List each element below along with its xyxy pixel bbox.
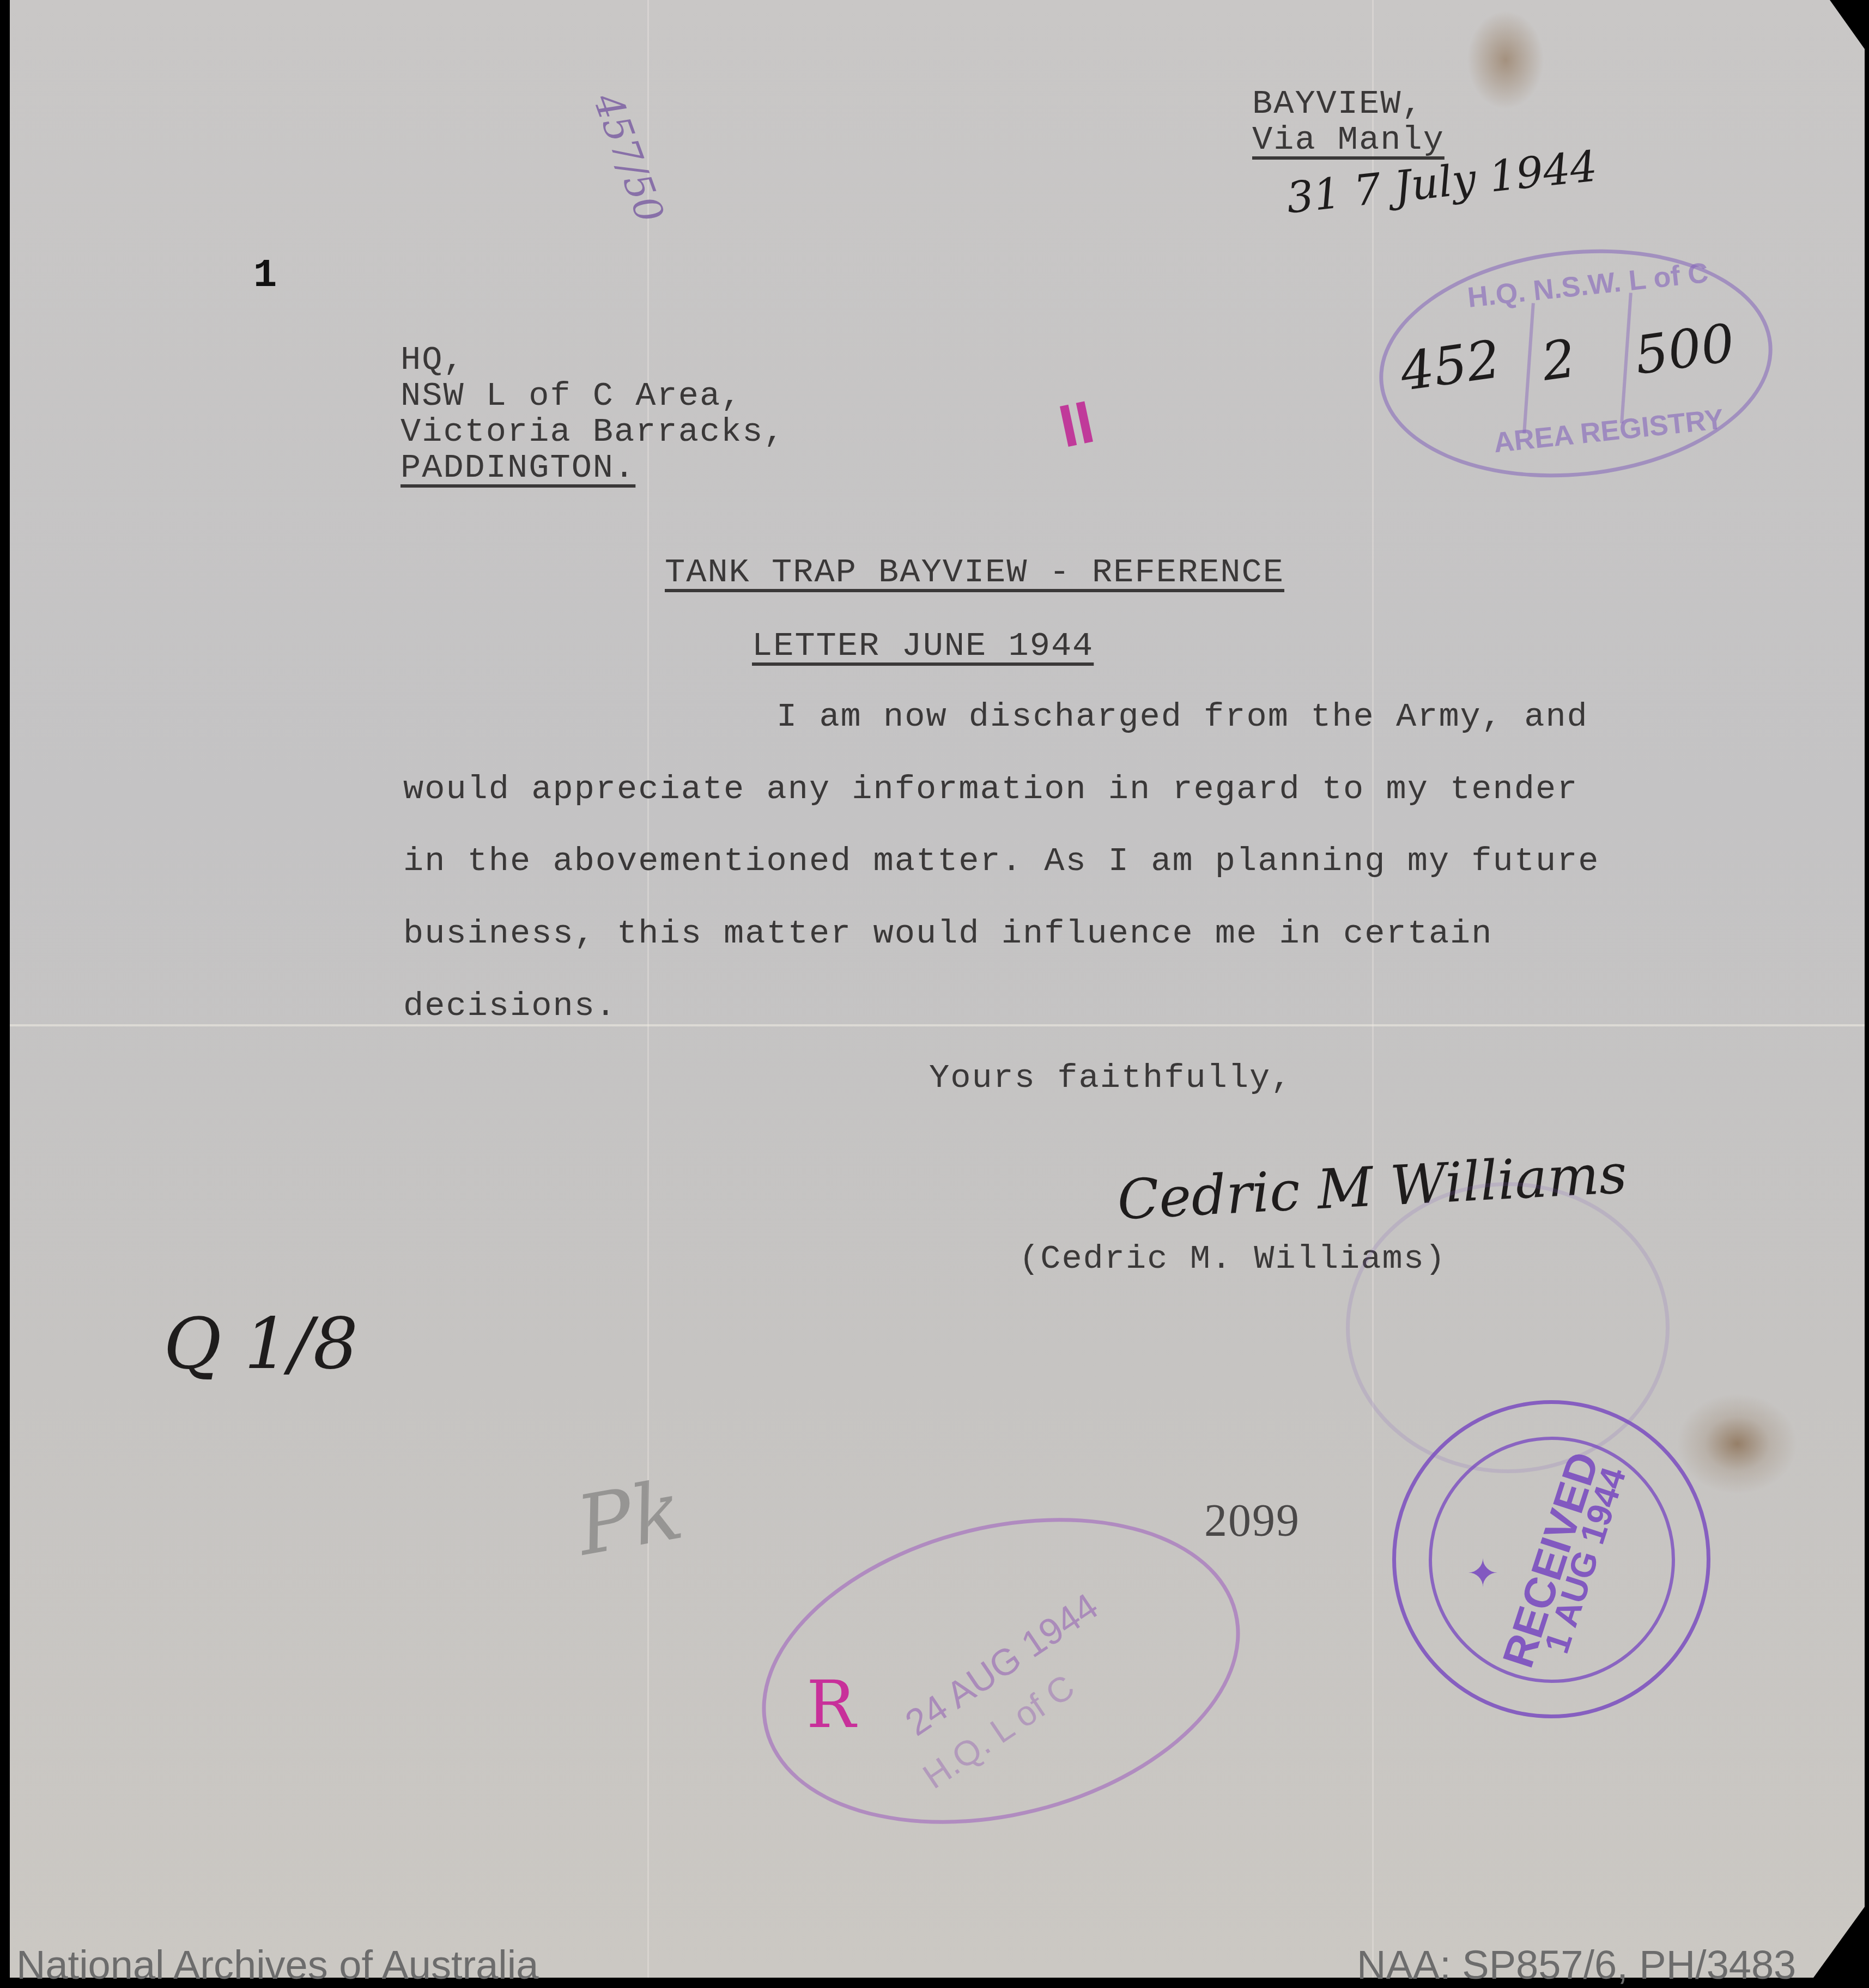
paper-fold (10, 1024, 1865, 1026)
paper-fold (1372, 0, 1374, 1978)
closing-salutation: Yours faithfully, (929, 1061, 1292, 1095)
received-stamp: RECEIVED 1 AUG 1944 ✦ (1392, 1400, 1710, 1718)
recipient-line4: PADDINGTON. (400, 451, 635, 485)
body-line-4: business, this matter would influence me… (403, 917, 1493, 951)
sender-address-line2: Via Manly (1252, 123, 1445, 157)
archive-reference: NAA: SP857/6, PH/3483 (1357, 1945, 1796, 1985)
subject-line1: TANK TRAP BAYVIEW - REFERENCE (665, 556, 1284, 589)
body-line-1: I am now discharged from the Army, and (776, 700, 1588, 734)
body-line-2: would appreciate any information in rega… (403, 773, 1578, 806)
recipient-line3: Victoria Barracks, (400, 415, 785, 449)
folio-mark: Q 1/8 (163, 1302, 358, 1385)
pencil-initials: Pk (570, 1463, 689, 1574)
recipient-line1: HQ, (400, 343, 465, 377)
left-margin-mark: 1 (253, 256, 278, 295)
recipient-line2: NSW L of C Area, (400, 379, 742, 413)
sender-address-line1: BAYVIEW, (1252, 87, 1423, 121)
registry-stamp-top: H.Q. N.S.W. L of C (1466, 257, 1710, 314)
body-line-5: decisions. (403, 989, 617, 1023)
subject-line2: LETTER JUNE 1944 (752, 629, 1094, 663)
date-stamp-letter: R (806, 1667, 855, 1743)
document-number: 2099 (1204, 1498, 1300, 1544)
body-line-3: in the abovementioned matter. As I am pl… (403, 844, 1600, 878)
star-icon: ✦ (1467, 1551, 1499, 1596)
archive-name: National Archives of Australia (16, 1945, 538, 1985)
paper-fold (647, 0, 649, 1978)
